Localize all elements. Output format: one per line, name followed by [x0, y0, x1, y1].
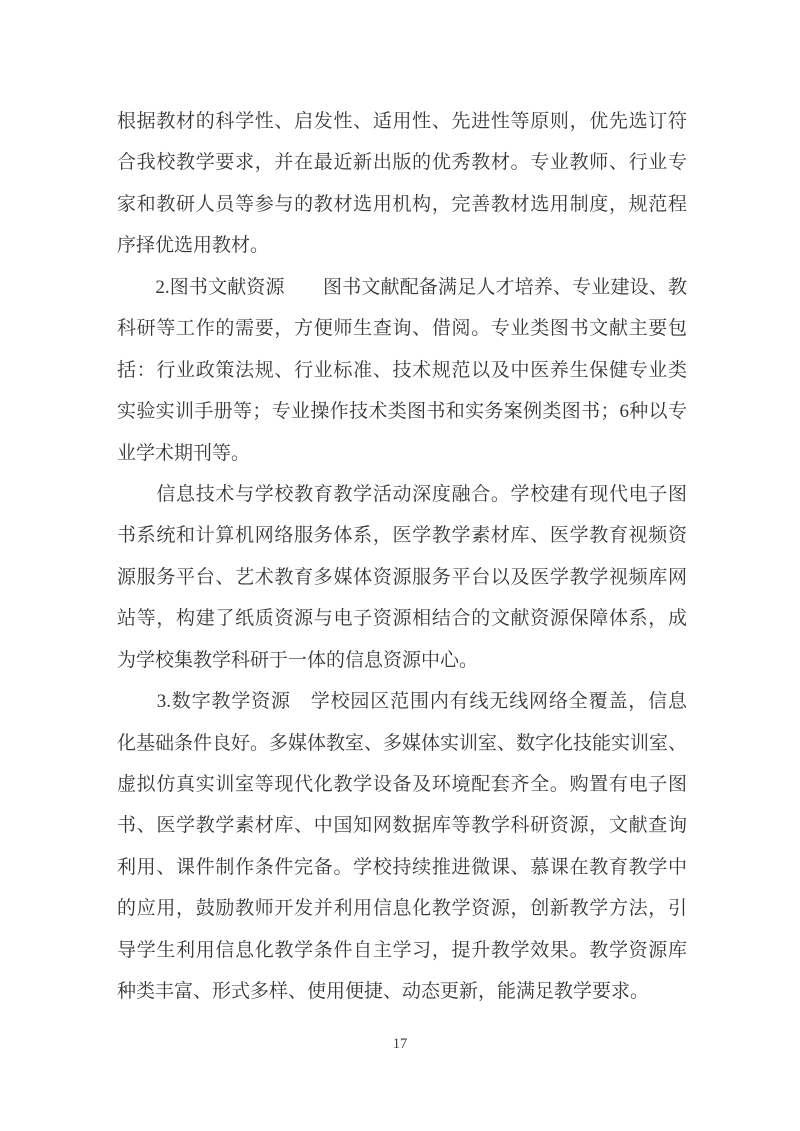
paragraph: 根据教材的科学性、启发性、适用性、先进性等原则，优先选订符合我校教学要求，并在最…: [117, 101, 687, 267]
text-line: 导学生利用信息化教学条件自主学习，提升教学效果。教学资源库: [117, 930, 687, 971]
text-line: 根据教材的科学性、启发性、适用性、先进性等原则，优先选订符: [117, 101, 687, 142]
text-line: 源服务平台、艺术教育多媒体资源服务平台以及医学教学视频库网: [117, 557, 687, 598]
text-line: 信息技术与学校教育教学活动深度融合。学校建有现代电子图: [117, 474, 687, 515]
text-line: 实验实训手册等；专业操作技术类图书和实务案例类图书；6种以专: [117, 391, 687, 432]
text-line: 书系统和计算机网络服务体系，医学教学素材库、医学教育视频资: [117, 515, 687, 556]
text-line: 站等，构建了纸质资源与电子资源相结合的文献资源保障体系，成: [117, 598, 687, 639]
text-line: 利用、课件制作条件完备。学校持续推进微课、慕课在教育教学中: [117, 847, 687, 888]
paragraph: 3.数字教学资源 学校园区范围内有线无线网络全覆盖，信息化基础条件良好。多媒体教…: [117, 681, 687, 1013]
text-line: 2.图书文献资源 图书文献配备满足人才培养、专业建设、教: [117, 267, 687, 308]
text-line: 合我校教学要求，并在最近新出版的优秀教材。专业教师、行业专: [117, 142, 687, 183]
paragraph: 信息技术与学校教育教学活动深度融合。学校建有现代电子图书系统和计算机网络服务体系…: [117, 474, 687, 681]
text-line: 业学术期刊等。: [117, 433, 687, 474]
text-line: 种类丰富、形式多样、使用便捷、动态更新，能满足教学要求。: [117, 971, 687, 1012]
text-line: 为学校集教学科研于一体的信息资源中心。: [117, 640, 687, 681]
text-line: 序择优选用教材。: [117, 225, 687, 266]
text-line: 的应用，鼓励教师开发并利用信息化教学资源，创新教学方法，引: [117, 888, 687, 929]
text-line: 科研等工作的需要，方便师生查询、借阅。专业类图书文献主要包: [117, 308, 687, 349]
text-line: 书、医学教学素材库、中国知网数据库等教学科研资源，文献查询: [117, 805, 687, 846]
document-body: 根据教材的科学性、启发性、适用性、先进性等原则，优先选订符合我校教学要求，并在最…: [117, 101, 687, 1013]
text-line: 家和教研人员等参与的教材选用机构，完善教材选用制度，规范程: [117, 184, 687, 225]
text-line: 虚拟仿真实训室等现代化教学设备及环境配套齐全。购置有电子图: [117, 764, 687, 805]
text-line: 3.数字教学资源 学校园区范围内有线无线网络全覆盖，信息: [117, 681, 687, 722]
text-line: 化基础条件良好。多媒体教室、多媒体实训室、数字化技能实训室、: [117, 723, 687, 764]
paragraph: 2.图书文献资源 图书文献配备满足人才培养、专业建设、教科研等工作的需要，方便师…: [117, 267, 687, 474]
document-page: 根据教材的科学性、启发性、适用性、先进性等原则，优先选订符合我校教学要求，并在最…: [0, 0, 800, 1131]
text-line: 括：行业政策法规、行业标准、技术规范以及中医养生保健专业类: [117, 350, 687, 391]
page-number: 17: [0, 1032, 800, 1056]
